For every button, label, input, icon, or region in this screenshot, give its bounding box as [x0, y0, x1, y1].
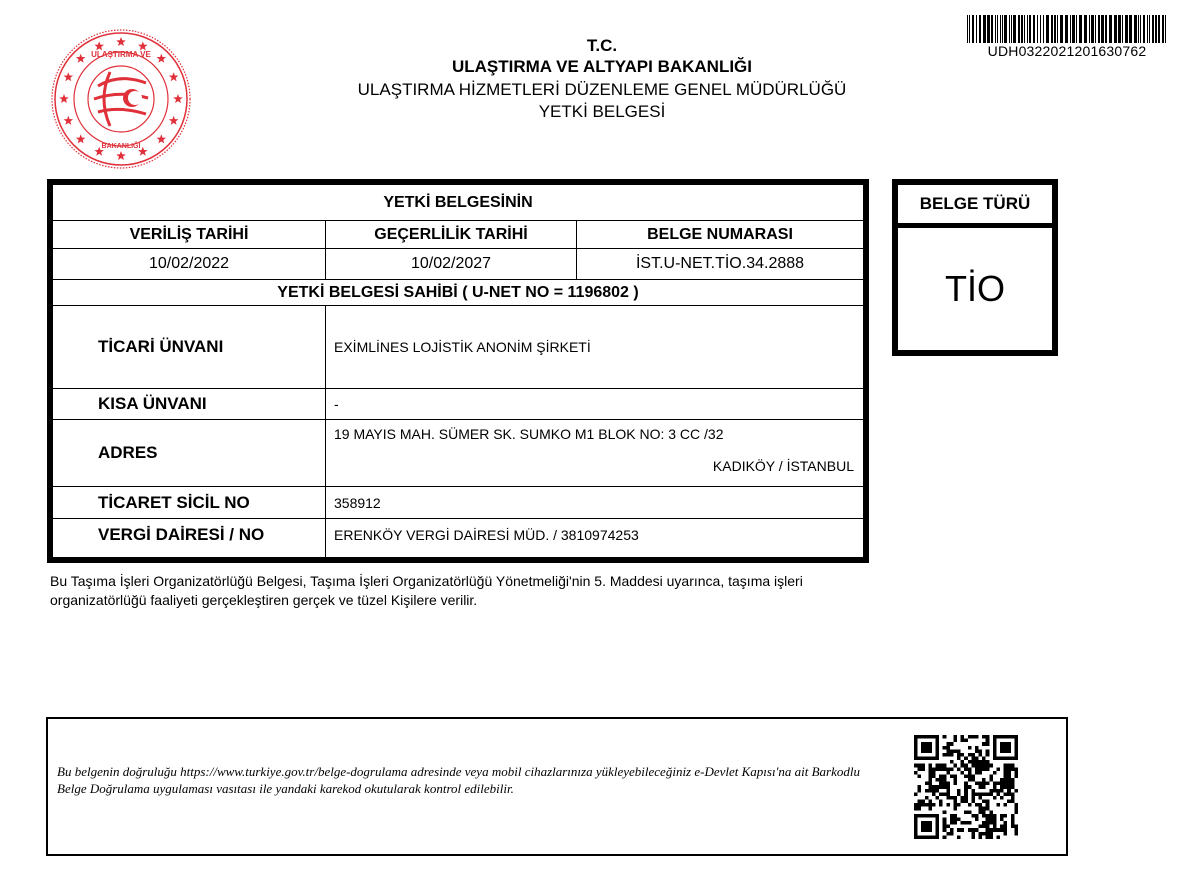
document-type-value: TİO: [898, 228, 1052, 350]
verification-box: Bu belgenin doğruluğu https://www.turkiy…: [46, 717, 1068, 856]
qr-code-icon[interactable]: [914, 735, 1018, 839]
svg-text:BAKANLIĞI: BAKANLIĞI: [102, 141, 141, 150]
issue-date-value: 10/02/2022: [53, 249, 325, 279]
validity-date-value: 10/02/2027: [326, 249, 576, 279]
document-number-header: BELGE NUMARASI: [577, 221, 863, 249]
certificate-title: YETKİ BELGESİNİN: [53, 185, 863, 220]
validity-date-header: GEÇERLİLİK TARİHİ: [326, 221, 576, 249]
short-name-value: -: [334, 389, 339, 419]
short-name-label: KISA ÜNVANI: [98, 389, 207, 419]
svg-text:ULAŞTIRMA VE: ULAŞTIRMA VE: [91, 50, 151, 59]
address-label: ADRES: [98, 420, 158, 486]
header-doc-title: YETKİ BELGESİ: [300, 101, 904, 123]
ministry-seal-icon: ULAŞTIRMA VE BAKANLIĞI: [50, 28, 192, 170]
document-type-box: BELGE TÜRÜ TİO: [892, 179, 1058, 356]
tax-office-value: ERENKÖY VERGİ DAİRESİ MÜD. / 3810974253: [334, 519, 639, 551]
tax-office-label: VERGİ DAİRESİ / NO: [98, 519, 264, 551]
barcode-number: UDH0322021201630762: [967, 43, 1167, 59]
header-tc: T.C.: [300, 35, 904, 57]
certificate-table: YETKİ BELGESİNİN VERİLİŞ TARİHİ GEÇERLİL…: [47, 179, 869, 563]
address-line1: 19 MAYIS MAH. SÜMER SK. SUMKO M1 BLOK NO…: [334, 425, 724, 443]
document-number-value: İST.U-NET.TİO.34.2888: [577, 249, 863, 279]
document-type-title: BELGE TÜRÜ: [898, 185, 1052, 228]
verification-text: Bu belgenin doğruluğu https://www.turkiy…: [57, 763, 877, 797]
trade-name-label: TİCARİ ÜNVANI: [98, 306, 223, 388]
issue-date-header: VERİLİŞ TARİHİ: [53, 221, 325, 249]
holder-title: YETKİ BELGESİ SAHİBİ ( U-NET NO = 119680…: [53, 280, 863, 305]
trade-registry-value: 358912: [334, 487, 381, 518]
header-directorate: ULAŞTIRMA HİZMETLERİ DÜZENLEME GENEL MÜD…: [300, 79, 904, 101]
legal-note: Bu Taşıma İşleri Organizatörlüğü Belgesi…: [50, 572, 870, 610]
barcode-icon: [967, 15, 1167, 43]
trade-name-value: EXİMLİNES LOJİSTİK ANONİM ŞİRKETİ: [334, 306, 591, 388]
address-line2: KADIKÖY / İSTANBUL: [713, 457, 854, 475]
header-ministry: ULAŞTIRMA VE ALTYAPI BAKANLIĞI: [300, 56, 904, 78]
trade-registry-label: TİCARET SİCİL NO: [98, 487, 250, 518]
